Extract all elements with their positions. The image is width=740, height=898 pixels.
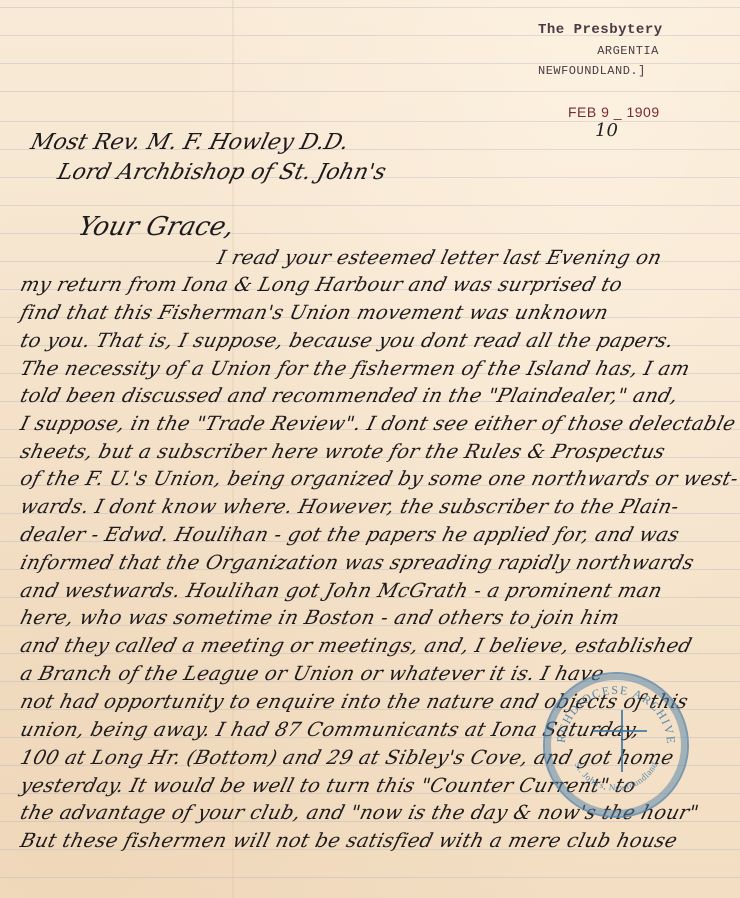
addressee-line-1: Most Rev. M. F. Howley D.D.	[28, 130, 351, 155]
body-line: But these fishermen will not be satisfie…	[18, 829, 680, 852]
body-line: a Branch of the League or Union or whate…	[18, 662, 607, 685]
cross-icon	[621, 710, 623, 772]
body-line: and they called a meeting or meetings, a…	[18, 634, 694, 657]
body-line: of the F. U.'s Union, being organized by…	[18, 467, 740, 490]
body-line: my return from Iona & Long Harbour and w…	[18, 273, 625, 296]
date-stamp: FEB 9 _ 1909	[568, 104, 660, 120]
stamp-line-2: ARGENTIA	[538, 44, 718, 58]
body-line: dealer - Edwd. Houlihan - got the papers…	[18, 523, 682, 546]
addressee-line-2: Lord Archbishop of St. John's	[55, 160, 388, 185]
svg-text:St. John's, Newfoundland: St. John's, Newfoundland	[572, 760, 659, 792]
body-line: informed that the Organization was sprea…	[18, 551, 697, 574]
body-line: to you. That is, I suppose, because you …	[18, 329, 676, 352]
body-line: sheets, but a subscriber here wrote for …	[18, 440, 668, 463]
body-line: I read your esteemed letter last Evening…	[215, 246, 664, 269]
letter-page: The Presbytery ARGENTIA NEWFOUNDLAND.] F…	[0, 0, 740, 898]
seal-top-text: ARCHDIOCESE ARCHIVES	[545, 674, 678, 745]
archives-seal: ARCHDIOCESE ARCHIVES St. John's, Newfoun…	[543, 672, 689, 818]
seal-bottom-text: St. John's, Newfoundland	[572, 760, 659, 792]
body-line: The necessity of a Union for the fisherm…	[18, 357, 692, 380]
seal-text-ring: ARCHDIOCESE ARCHIVES St. John's, Newfoun…	[545, 674, 687, 816]
body-line: here, who was sometime in Boston - and o…	[18, 606, 622, 629]
body-line: find that this Fisherman's Union movemen…	[18, 301, 611, 324]
body-line: told been discussed and recommended in t…	[18, 384, 680, 407]
stamp-line-3: NEWFOUNDLAND.]	[538, 64, 718, 78]
body-line: wards. I dont know where. However, the s…	[18, 495, 682, 518]
cross-icon-bar	[593, 730, 647, 732]
page-number: 10	[595, 120, 618, 141]
presbytery-stamp: The Presbytery ARGENTIA NEWFOUNDLAND.]	[538, 22, 718, 78]
svg-text:ARCHDIOCESE ARCHIVES: ARCHDIOCESE ARCHIVES	[545, 674, 678, 745]
body-line: I suppose, in the "Trade Review". I dont…	[18, 412, 738, 435]
body-line: and westwards. Houlihan got John McGrath…	[18, 579, 665, 602]
stamp-line-1: The Presbytery	[538, 22, 718, 38]
salutation: Your Grace,	[75, 212, 237, 242]
